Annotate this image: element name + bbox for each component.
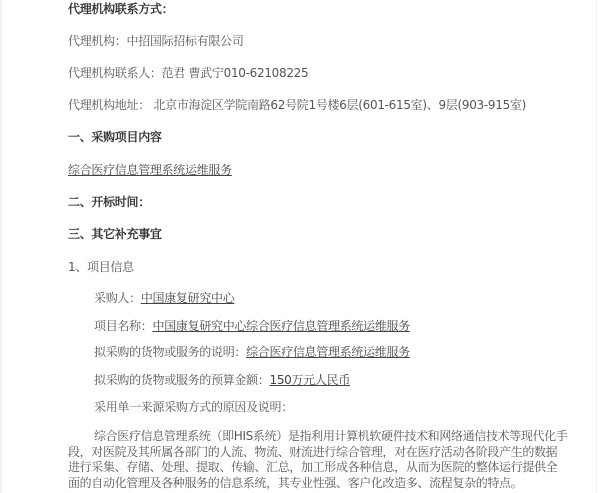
description-label: 拟采购的货物或服务的说明： [94, 345, 246, 359]
budget-label: 拟采购的货物或服务的预算金额： [94, 373, 270, 387]
description-value: 综合医疗信息管理系统运维服务 [246, 345, 410, 359]
project-content-link[interactable]: 综合医疗信息管理系统运维服务 [68, 163, 232, 177]
agency-contact-heading: 代理机构联系方式： [68, 2, 173, 16]
purchaser-row: 采购人：中国康复研究中心 [94, 291, 234, 305]
project-info-subheading: 1、项目信息 [68, 260, 134, 274]
address-value: 北京市海淀区学院南路62号院1号楼6层(601-615室)、9层(903-915… [150, 98, 526, 112]
agency-row: 代理机构：中招国际招标有限公司 [68, 34, 244, 48]
purchaser-value: 中国康复研究中心 [141, 291, 235, 305]
project-name-label: 项目名称： [94, 319, 153, 333]
purchaser-label: 采购人： [94, 291, 141, 305]
budget-value: 150万元人民币 [270, 373, 351, 387]
reason-label: 采用单一来源采购方式的原因及说明： [94, 400, 293, 414]
address-label: 代理机构地址： [68, 98, 150, 112]
agency-value: 中招国际招标有限公司 [127, 34, 244, 48]
section1-heading: 一、采购项目内容 [68, 130, 162, 144]
project-name-row: 项目名称：中国康复研究中心综合医疗信息管理系统运维服务 [94, 319, 410, 333]
contact-row: 代理机构联系人：范君 曹武宁010-62108225 [68, 66, 308, 80]
agency-label: 代理机构： [68, 34, 127, 48]
budget-row: 拟采购的货物或服务的预算金额：150万元人民币 [94, 373, 350, 387]
contact-label: 代理机构联系人： [68, 66, 162, 80]
section3-heading: 三、其它补充事宜 [68, 227, 162, 241]
project-name-value: 中国康复研究中心综合医疗信息管理系统运维服务 [153, 319, 410, 333]
description-row: 拟采购的货物或服务的说明：综合医疗信息管理系统运维服务 [94, 345, 410, 359]
reason-paragraph: 综合医疗信息管理系统（即HIS系统）是指利用计算机软硬件技术和网络通信技术等现代… [68, 429, 568, 491]
contact-value: 范君 曹武宁010-62108225 [162, 66, 309, 80]
address-row: 代理机构地址： 北京市海淀区学院南路62号院1号楼6层(601-615室)、9层… [68, 98, 526, 112]
section2-heading: 二、开标时间： [68, 195, 150, 209]
